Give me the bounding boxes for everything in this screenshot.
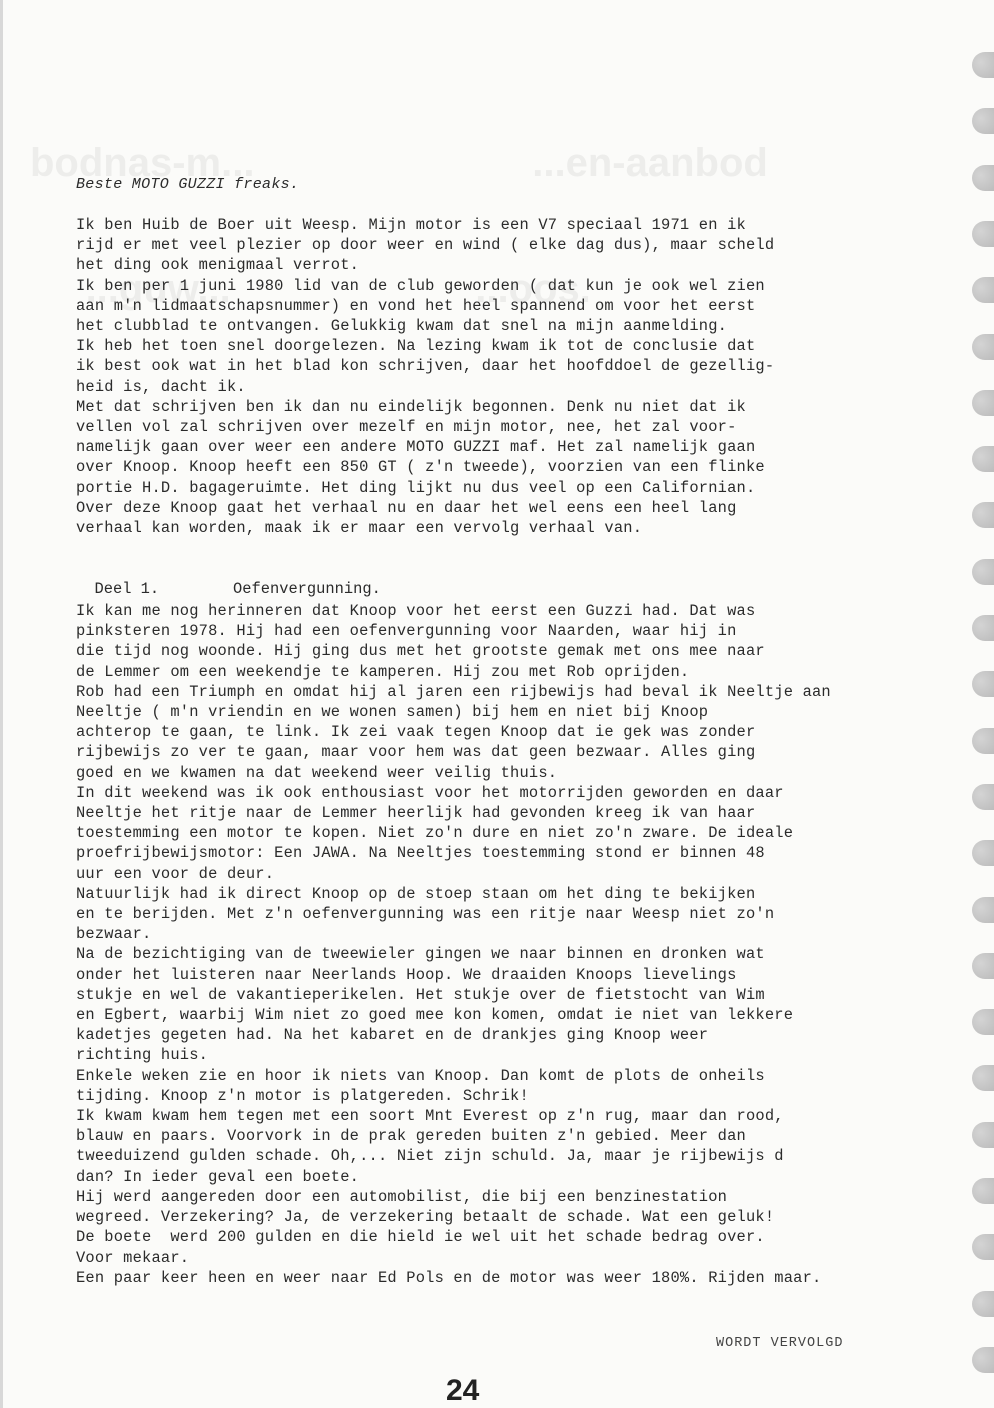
to-be-continued: WORDT VERVOLGD — [716, 1336, 843, 1351]
text-line: tijding. Knoop z'n motor is platgereden.… — [76, 1086, 976, 1106]
text-line: toestemming een motor te kopen. Niet zo'… — [76, 823, 976, 843]
text-line: Over deze Knoop gaat het verhaal nu en d… — [76, 498, 976, 518]
text-line: uur een voor de deur. — [76, 864, 976, 884]
text-line: kadetjes gegeten had. Na het kabaret en … — [76, 1025, 976, 1045]
text-line: ik best ook wat in het blad kon schrijve… — [76, 356, 976, 376]
binder-hole — [972, 52, 994, 78]
binder-hole — [972, 165, 994, 191]
text-line: Een paar keer heen en weer naar Ed Pols … — [76, 1268, 976, 1288]
text-line: namelijk gaan over weer een andere MOTO … — [76, 437, 976, 457]
text-line: het ding ook menigmaal verrot. — [76, 255, 976, 275]
text-line: Ik heb het toen snel doorgelezen. Na lez… — [76, 336, 976, 356]
text-line: bezwaar. — [76, 924, 976, 944]
text-line: die tijd nog woonde. Hij ging dus met he… — [76, 641, 976, 661]
text-line: In dit weekend was ik ook enthousiast vo… — [76, 783, 976, 803]
text-line: de Lemmer om een weekendje te kamperen. … — [76, 662, 976, 682]
text-line: rijbewijs zo ver te gaan, maar voor hem … — [76, 742, 976, 762]
binder-hole — [972, 1347, 994, 1373]
page-edge — [0, 0, 3, 1408]
text-line: dan? In ieder geval een boete. — [76, 1167, 976, 1187]
text-line: Ik ben Huib de Boer uit Weesp. Mijn moto… — [76, 215, 976, 235]
text-line: Neeltje het ritje naar de Lemmer heerlij… — [76, 803, 976, 823]
text-line: Natuurlijk had ik direct Knoop op de sto… — [76, 884, 976, 904]
text-line: vellen vol zal schrijven over mezelf en … — [76, 417, 976, 437]
text-line: en te berijden. Met z'n oefenvergunning … — [76, 904, 976, 924]
text-line: verhaal kan worden, maak ik er maar een … — [76, 518, 976, 538]
text-line: richting huis. — [76, 1045, 976, 1065]
text-line: De boete werd 200 gulden en die hield ie… — [76, 1227, 976, 1247]
text-line: wegreed. Verzekering? Ja, de verzekering… — [76, 1207, 976, 1227]
intro-paragraph: Ik ben Huib de Boer uit Weesp. Mijn moto… — [76, 215, 976, 538]
text-line: portie H.D. bagageruimte. Het ding lijkt… — [76, 478, 976, 498]
text-line: stukje en wel de vakantieperikelen. Het … — [76, 985, 976, 1005]
text-line: goed en we kwamen na dat weekend weer ve… — [76, 763, 976, 783]
binder-hole — [972, 1291, 994, 1317]
text-line: Ik kwam kwam hem tegen met een soort Mnt… — [76, 1106, 976, 1126]
binder-hole — [972, 559, 994, 585]
text-line: pinksteren 1978. Hij had een oefenvergun… — [76, 621, 976, 641]
text-line: aan m'n lidmaatschapsnummer) en vond het… — [76, 296, 976, 316]
text-line: en Egbert, waarbij Wim niet zo goed mee … — [76, 1005, 976, 1025]
text-line: Met dat schrijven ben ik dan nu eindelij… — [76, 397, 976, 417]
text-line: rijd er met veel plezier op door weer en… — [76, 235, 976, 255]
text-line: Enkele weken zie en hoor ik niets van Kn… — [76, 1066, 976, 1086]
section-number: Deel 1. — [94, 580, 159, 598]
text-line: Na de bezichtiging van de tweewieler gin… — [76, 944, 976, 964]
page-number: 24 — [446, 1374, 479, 1408]
text-line: heid is, dacht ik. — [76, 377, 976, 397]
text-line: over Knoop. Knoop heeft een 850 GT ( z'n… — [76, 457, 976, 477]
section-title: Oefenvergunning. — [233, 580, 381, 598]
text-line: proefrijbewijsmotor: Een JAWA. Na Neeltj… — [76, 843, 976, 863]
text-line: blauw en paars. Voorvork in de prak gere… — [76, 1126, 976, 1146]
text-line: Voor mekaar. — [76, 1248, 976, 1268]
text-line: het clubblad te ontvangen. Gelukkig kwam… — [76, 316, 976, 336]
text-line: Neeltje ( m'n vriendin en we wonen samen… — [76, 702, 976, 722]
text-line: Hij werd aangereden door een automobilis… — [76, 1187, 976, 1207]
body-text: Ik kan me nog herinneren dat Knoop voor … — [76, 601, 976, 1288]
text-line: Ik ben per 1 juni 1980 lid van de club g… — [76, 276, 976, 296]
text-line: tweeduizend gulden schade. Oh,... Niet z… — [76, 1146, 976, 1166]
text-line: achterop te gaan, te link. Ik zei vaak t… — [76, 722, 976, 742]
section-heading: Deel 1. Oefenvergunning. — [76, 562, 381, 598]
text-line: Rob had een Triumph en omdat hij al jare… — [76, 682, 976, 702]
text-line: onder het luisteren naar Neerlands Hoop.… — [76, 965, 976, 985]
salutation: Beste MOTO GUZZI freaks. — [76, 176, 299, 193]
text-line: Ik kan me nog herinneren dat Knoop voor … — [76, 601, 976, 621]
binder-hole — [972, 108, 994, 134]
